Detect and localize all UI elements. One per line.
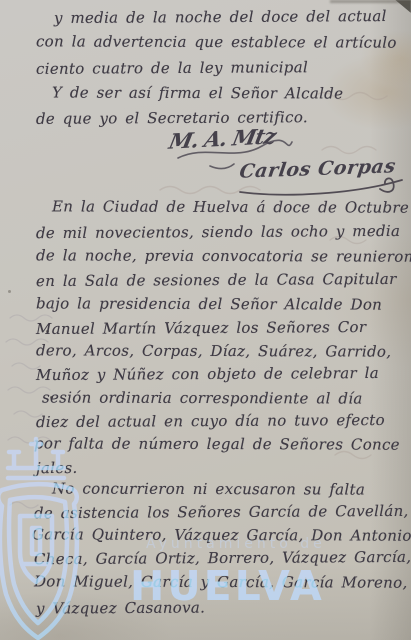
- manuscript-line: por falta de número legal de Señores Con…: [34, 434, 400, 453]
- manuscript-line: y media de la noche del doce del actual: [54, 7, 387, 27]
- document-scan: y media de la noche del doce del actual …: [0, 0, 411, 640]
- manuscript-line: de asistencia los Señores García de Cave…: [34, 502, 409, 522]
- manuscript-line: Y de ser así firma el Señor Alcalde: [52, 83, 343, 102]
- manuscript-line: En la Ciudad de Huelva á doce de Octubre: [52, 197, 409, 216]
- manuscript-line: en la Sala de sesiones de la Casa Capitu…: [36, 270, 397, 290]
- manuscript-line: jales.: [36, 459, 78, 477]
- manuscript-line: ciento cuatro de la ley municipal: [36, 58, 308, 78]
- manuscript-line: Muñoz y Núñez con objeto de celebrar la: [36, 364, 379, 384]
- manuscript-line: Checa, García Ortiz, Borrero, Vázquez Ga…: [34, 548, 411, 568]
- manuscript-line: Manuel Martín Vázquez los Señores Cor: [36, 318, 366, 338]
- manuscript-text: y media de la noche del doce del actual …: [0, 0, 411, 640]
- manuscript-line: Don Miguel, García y García, García More…: [34, 572, 408, 591]
- signature-secretary-flourish: [230, 172, 411, 200]
- manuscript-line: de la noche, previa convocatoria se reun…: [36, 246, 411, 265]
- manuscript-line: bajo la presidencia del Señor Alcalde Do…: [36, 294, 382, 313]
- manuscript-line: García Quintero, Vázquez García, Don Ant…: [32, 525, 411, 544]
- manuscript-line: diez del actual en cuyo día no tuvo efec…: [36, 411, 385, 431]
- manuscript-line: con la advertencia que establece el artí…: [36, 32, 397, 51]
- manuscript-line: No concurrieron ni excusaron su falta: [52, 479, 365, 498]
- manuscript-line: sesión ordinaria correspondiente al día: [42, 388, 363, 407]
- manuscript-line: de mil novecientos, siendo las ocho y me…: [36, 222, 400, 242]
- manuscript-line: y Vázquez Casanova.: [36, 598, 205, 617]
- manuscript-line: dero, Arcos, Corpas, Díaz, Suárez, Garri…: [36, 341, 391, 360]
